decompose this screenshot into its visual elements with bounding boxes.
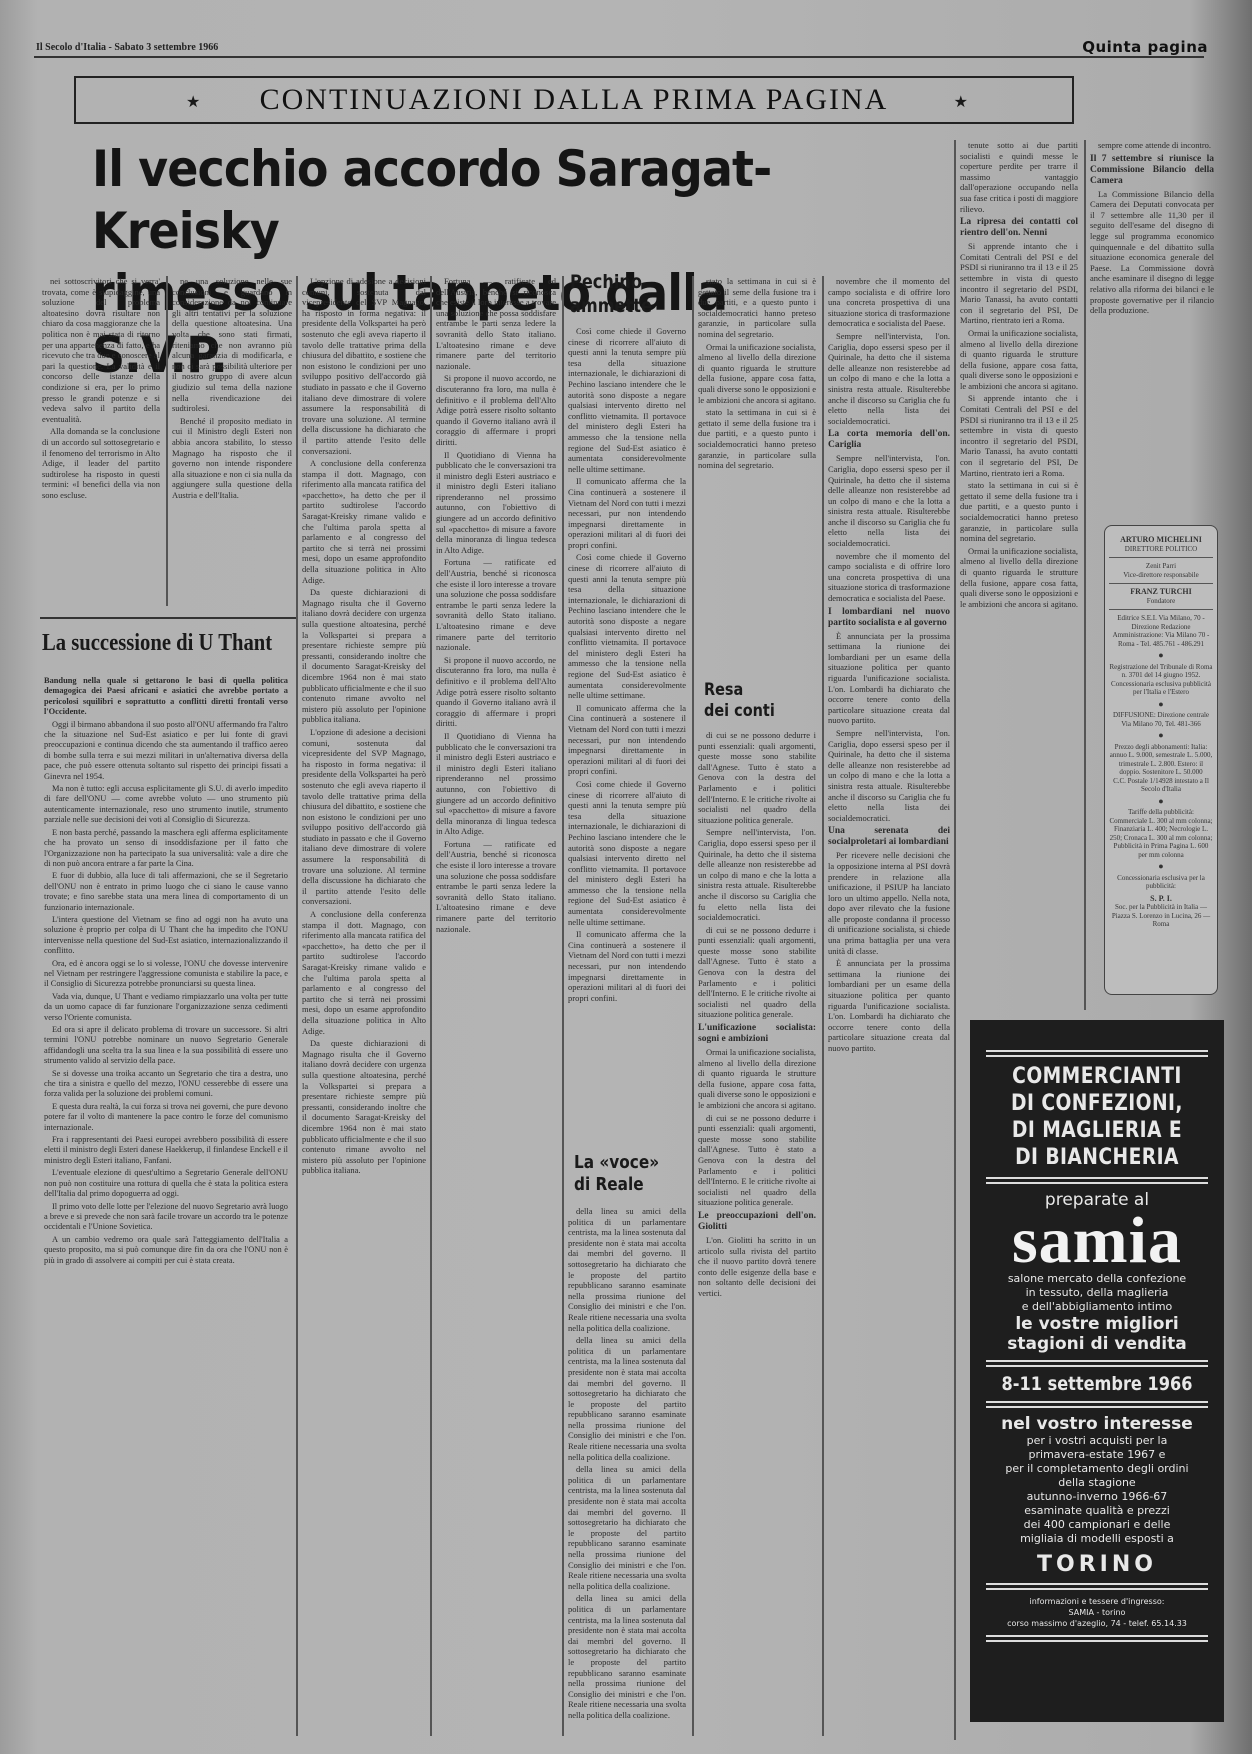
bullet-icon: ● bbox=[1109, 700, 1213, 709]
samia-logo: samia bbox=[970, 1210, 1224, 1272]
subhead: Il 7 settembre si riunisce la Commission… bbox=[1090, 154, 1214, 187]
subhead: L'unificazione socialista: sogni e ambiz… bbox=[698, 1023, 816, 1045]
column-rule bbox=[954, 140, 956, 1740]
page-label: Quinta pagina bbox=[1082, 38, 1208, 56]
subhead: Le preoccupazioni dell'on. Giolitti bbox=[698, 1211, 816, 1233]
pechino-headline: Pechino ammette bbox=[570, 270, 652, 318]
reale-article: della linea su amici della politica di u… bbox=[568, 1206, 686, 1736]
subhead: Una serenata dei socialproletari ai lomb… bbox=[828, 826, 950, 848]
masthead-date: Il Secolo d'Italia - Sabato 3 settembre … bbox=[36, 42, 218, 53]
samia-advertisement: COMMERCIANTI DI CONFEZIONI, DI MAGLIERIA… bbox=[970, 1020, 1224, 1722]
pechino-article: Così come chiede il Governo cinese di ri… bbox=[568, 326, 686, 1136]
subhead: I lombardiani nel nuovo partito socialis… bbox=[828, 607, 950, 629]
newspaper-page: Il Secolo d'Italia - Sabato 3 settembre … bbox=[0, 0, 1252, 1754]
column-rule bbox=[430, 276, 432, 1736]
main-article-col2: ne una soluzione nelle sue conclusioni e… bbox=[172, 276, 292, 606]
resa-headline: Resa dei conti bbox=[704, 680, 775, 722]
column-rule bbox=[692, 276, 694, 1736]
col9-article: sempre come attende di incontro. Il 7 se… bbox=[1090, 140, 1214, 520]
bullet-icon: ● bbox=[1109, 651, 1213, 660]
column-rule bbox=[822, 276, 824, 1736]
main-article-col3: L'opzione di adesione a decisioni comuni… bbox=[302, 276, 426, 1736]
section-banner: ★ CONTINUAZIONI DALLA PRIMA PAGINA ★ bbox=[74, 76, 1074, 124]
section-rule bbox=[40, 617, 296, 619]
subhead: La ripresa dei contatti col rientro dell… bbox=[960, 217, 1078, 239]
star-icon: ★ bbox=[954, 92, 968, 112]
masthead-box: ARTURO MICHELINI DIRETTORE POLITICO Zeni… bbox=[1104, 525, 1218, 995]
resa-article: di cui se ne possono dedurre i punti ess… bbox=[698, 730, 816, 1736]
bullet-icon: ● bbox=[1109, 731, 1213, 740]
col8-article: tenute sotto ai due partiti socialisti e… bbox=[960, 140, 1078, 1010]
banner-title: CONTINUAZIONI DALLA PRIMA PAGINA bbox=[260, 83, 889, 117]
bullet-icon: ● bbox=[1109, 862, 1213, 871]
column-rule bbox=[166, 276, 168, 606]
column-rule bbox=[296, 276, 298, 1736]
col6-top: stato la settimana in cui si è gettato i… bbox=[698, 276, 816, 676]
main-article-col4: Fortuna — ratificate ed dell'Austria, be… bbox=[436, 276, 556, 1736]
u-thant-article: Bandung nella quale si gettarono le basi… bbox=[44, 676, 288, 1726]
bullet-icon: ● bbox=[1109, 797, 1213, 806]
u-thant-headline: La successione di U Thant bbox=[42, 630, 272, 657]
reale-headline: La «voce» di Reale bbox=[574, 1152, 659, 1196]
top-rule bbox=[34, 56, 1204, 58]
subhead: La corta memoria dell'on. Cariglia bbox=[828, 429, 950, 451]
star-icon: ★ bbox=[186, 92, 200, 112]
col7-article: novembre che il momento del campo social… bbox=[828, 276, 950, 1736]
main-article-col1: nei sottoscrivitori che si verra' trovat… bbox=[42, 276, 160, 606]
column-rule bbox=[562, 276, 564, 1736]
column-rule bbox=[1084, 140, 1086, 1010]
